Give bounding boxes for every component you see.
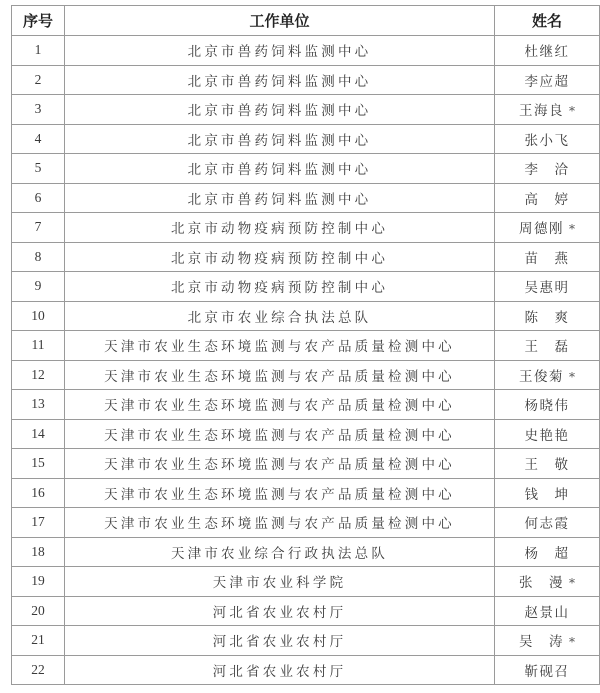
- table-row: 8 北京市动物疫病预防控制中心 苗 燕: [12, 242, 600, 272]
- name-cell: 高 婷: [495, 183, 600, 213]
- person-name: 李 洽: [525, 162, 570, 178]
- asterisk-mark: *: [569, 576, 575, 590]
- serial-number-cell: 6: [12, 183, 65, 213]
- table-row: 17 天津市农业生态环境监测与农产品质量检测中心 何志霞: [12, 508, 600, 538]
- asterisk-mark: *: [569, 222, 575, 236]
- name-cell: 史艳艳: [495, 419, 600, 449]
- work-unit-cell: 河北省农业农村厅: [65, 655, 495, 685]
- work-unit-cell: 北京市兽药饲料监测中心: [65, 36, 495, 66]
- name-cell: 吴惠明: [495, 272, 600, 302]
- work-unit-cell: 北京市兽药饲料监测中心: [65, 183, 495, 213]
- asterisk-mark: *: [569, 635, 575, 649]
- table-row: 21 河北省农业农村厅 吴 涛*: [12, 626, 600, 656]
- table-row: 16 天津市农业生态环境监测与农产品质量检测中心 钱 坤: [12, 478, 600, 508]
- serial-number-cell: 21: [12, 626, 65, 656]
- table-row: 19 天津市农业科学院 张 漫*: [12, 567, 600, 597]
- name-cell: 赵景山: [495, 596, 600, 626]
- table-row: 4 北京市兽药饲料监测中心 张小飞: [12, 124, 600, 154]
- asterisk-mark: *: [569, 104, 575, 118]
- work-unit-cell: 河北省农业农村厅: [65, 626, 495, 656]
- work-unit-cell: 北京市兽药饲料监测中心: [65, 65, 495, 95]
- serial-number-cell: 17: [12, 508, 65, 538]
- name-cell: 杨 超: [495, 537, 600, 567]
- serial-number-cell: 15: [12, 449, 65, 479]
- table-row: 10 北京市农业综合执法总队 陈 爽: [12, 301, 600, 331]
- person-name: 史艳艳: [525, 428, 570, 444]
- person-name: 张 漫: [519, 575, 564, 591]
- serial-number-cell: 5: [12, 154, 65, 184]
- table-body: 1 北京市兽药饲料监测中心 杜继红 2 北京市兽药饲料监测中心 李应超 3 北京…: [12, 36, 600, 685]
- name-cell: 吴 涛*: [495, 626, 600, 656]
- table-row: 12 天津市农业生态环境监测与农产品质量检测中心 王俊菊*: [12, 360, 600, 390]
- person-name: 王 磊: [525, 339, 570, 355]
- name-cell: 王 敬: [495, 449, 600, 479]
- serial-number-cell: 20: [12, 596, 65, 626]
- table-row: 22 河北省农业农村厅 靳砚召: [12, 655, 600, 685]
- person-name: 高 婷: [525, 192, 570, 208]
- name-cell: 杜继红: [495, 36, 600, 66]
- work-unit-cell: 北京市动物疫病预防控制中心: [65, 242, 495, 272]
- table-row: 7 北京市动物疫病预防控制中心 周德刚*: [12, 213, 600, 243]
- serial-number-cell: 9: [12, 272, 65, 302]
- personnel-table: 序号 工作单位 姓名 1 北京市兽药饲料监测中心 杜继红 2 北京市兽药饲料监测…: [11, 5, 600, 685]
- name-cell: 李 洽: [495, 154, 600, 184]
- serial-number-cell: 22: [12, 655, 65, 685]
- work-unit-cell: 河北省农业农村厅: [65, 596, 495, 626]
- person-name: 靳砚召: [525, 664, 570, 680]
- name-cell: 王俊菊*: [495, 360, 600, 390]
- person-name: 王 敬: [525, 457, 570, 473]
- work-unit-cell: 北京市兽药饲料监测中心: [65, 95, 495, 125]
- person-name: 何志霞: [525, 516, 570, 532]
- serial-number-cell: 10: [12, 301, 65, 331]
- serial-number-cell: 19: [12, 567, 65, 597]
- table-row: 5 北京市兽药饲料监测中心 李 洽: [12, 154, 600, 184]
- work-unit-cell: 天津市农业生态环境监测与农产品质量检测中心: [65, 419, 495, 449]
- table-row: 18 天津市农业综合行政执法总队 杨 超: [12, 537, 600, 567]
- person-name: 钱 坤: [525, 487, 570, 503]
- person-name: 王俊菊: [519, 369, 564, 385]
- person-name: 陈 爽: [525, 310, 570, 326]
- person-name: 李应超: [525, 74, 570, 90]
- table-row: 6 北京市兽药饲料监测中心 高 婷: [12, 183, 600, 213]
- table-row: 20 河北省农业农村厅 赵景山: [12, 596, 600, 626]
- serial-number-cell: 14: [12, 419, 65, 449]
- name-cell: 张 漫*: [495, 567, 600, 597]
- serial-number-cell: 8: [12, 242, 65, 272]
- person-name: 杜继红: [525, 44, 570, 60]
- name-cell: 周德刚*: [495, 213, 600, 243]
- person-name: 张小飞: [525, 133, 570, 149]
- serial-number-cell: 3: [12, 95, 65, 125]
- serial-number-cell: 11: [12, 331, 65, 361]
- table-header-row: 序号 工作单位 姓名: [12, 6, 600, 36]
- work-unit-cell: 天津市农业生态环境监测与农产品质量检测中心: [65, 478, 495, 508]
- work-unit-cell: 天津市农业生态环境监测与农产品质量检测中心: [65, 360, 495, 390]
- person-name: 赵景山: [525, 605, 570, 621]
- table-row: 14 天津市农业生态环境监测与农产品质量检测中心 史艳艳: [12, 419, 600, 449]
- person-name: 苗 燕: [525, 251, 570, 267]
- person-name: 吴惠明: [525, 280, 570, 296]
- table-row: 9 北京市动物疫病预防控制中心 吴惠明: [12, 272, 600, 302]
- work-unit-cell: 天津市农业生态环境监测与农产品质量检测中心: [65, 390, 495, 420]
- serial-number-cell: 13: [12, 390, 65, 420]
- work-unit-cell: 北京市兽药饲料监测中心: [65, 124, 495, 154]
- serial-number-cell: 4: [12, 124, 65, 154]
- name-cell: 靳砚召: [495, 655, 600, 685]
- work-unit-cell: 天津市农业生态环境监测与农产品质量检测中心: [65, 331, 495, 361]
- person-name: 杨 超: [525, 546, 570, 562]
- name-cell: 杨晓伟: [495, 390, 600, 420]
- asterisk-mark: *: [569, 370, 575, 384]
- name-cell: 苗 燕: [495, 242, 600, 272]
- serial-number-cell: 2: [12, 65, 65, 95]
- person-name: 杨晓伟: [525, 398, 570, 414]
- work-unit-cell: 北京市动物疫病预防控制中心: [65, 272, 495, 302]
- work-unit-cell: 北京市动物疫病预防控制中心: [65, 213, 495, 243]
- table-row: 1 北京市兽药饲料监测中心 杜继红: [12, 36, 600, 66]
- table-row: 13 天津市农业生态环境监测与农产品质量检测中心 杨晓伟: [12, 390, 600, 420]
- serial-number-cell: 7: [12, 213, 65, 243]
- name-cell: 李应超: [495, 65, 600, 95]
- serial-number-cell: 1: [12, 36, 65, 66]
- name-cell: 王 磊: [495, 331, 600, 361]
- work-unit-cell: 天津市农业生态环境监测与农产品质量检测中心: [65, 449, 495, 479]
- header-serial-number: 序号: [12, 6, 65, 36]
- name-cell: 王海良*: [495, 95, 600, 125]
- serial-number-cell: 16: [12, 478, 65, 508]
- work-unit-cell: 北京市农业综合执法总队: [65, 301, 495, 331]
- person-name: 王海良: [519, 103, 564, 119]
- name-cell: 何志霞: [495, 508, 600, 538]
- table-row: 3 北京市兽药饲料监测中心 王海良*: [12, 95, 600, 125]
- name-cell: 陈 爽: [495, 301, 600, 331]
- work-unit-cell: 天津市农业科学院: [65, 567, 495, 597]
- table-row: 11 天津市农业生态环境监测与农产品质量检测中心 王 磊: [12, 331, 600, 361]
- header-name: 姓名: [495, 6, 600, 36]
- table-row: 2 北京市兽药饲料监测中心 李应超: [12, 65, 600, 95]
- header-work-unit: 工作单位: [65, 6, 495, 36]
- name-cell: 钱 坤: [495, 478, 600, 508]
- person-name: 吴 涛: [519, 634, 564, 650]
- table-row: 15 天津市农业生态环境监测与农产品质量检测中心 王 敬: [12, 449, 600, 479]
- work-unit-cell: 北京市兽药饲料监测中心: [65, 154, 495, 184]
- work-unit-cell: 天津市农业综合行政执法总队: [65, 537, 495, 567]
- name-cell: 张小飞: [495, 124, 600, 154]
- serial-number-cell: 12: [12, 360, 65, 390]
- work-unit-cell: 天津市农业生态环境监测与农产品质量检测中心: [65, 508, 495, 538]
- person-name: 周德刚: [519, 221, 564, 237]
- serial-number-cell: 18: [12, 537, 65, 567]
